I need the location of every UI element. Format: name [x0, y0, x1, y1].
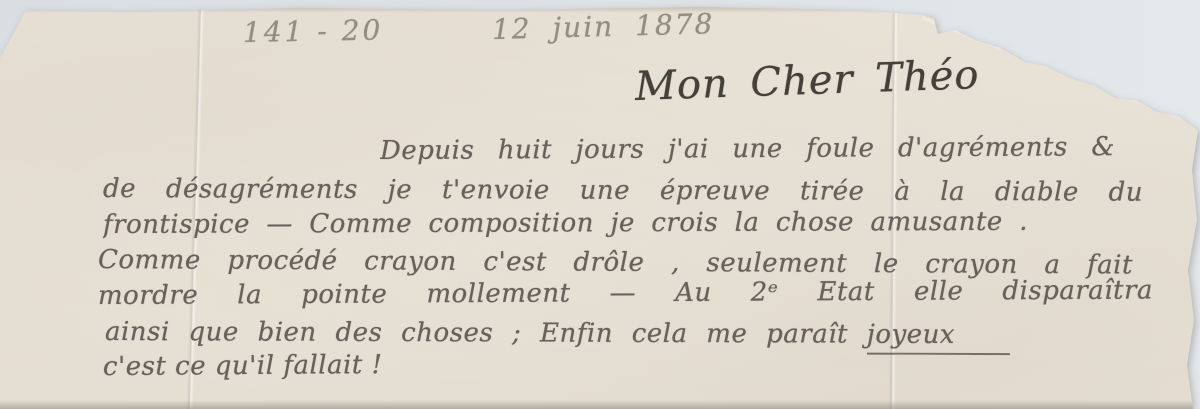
letter-line-6: ainsi que bien des choses ; Enfin cela m… [105, 318, 1010, 355]
paper-top-edge [0, 6, 935, 13]
salutation: Mon Cher Théo [634, 52, 980, 110]
catalog-number: 141 - 20 [243, 14, 384, 49]
letter-date: 12 juin 1878 [492, 7, 715, 46]
letter-line-1: Depuis huit jours j'ai une foule d'agrém… [380, 133, 1115, 171]
letter-line-5: mordre la pointe mollement — Au 2ᵉ Etat … [98, 276, 1153, 316]
paper-shadow: 141 - 20 12 juin 1878 Mon Cher Théo Depu… [0, 0, 1200, 409]
letter-paper: 141 - 20 12 juin 1878 Mon Cher Théo Depu… [0, 0, 1200, 409]
letter-scan: 141 - 20 12 juin 1878 Mon Cher Théo Depu… [0, 0, 1200, 409]
letter-line-7: c'est ce qu'il fallait ! [103, 351, 383, 387]
underlined-word: joyeux [867, 320, 1010, 355]
letter-line-3: frontispice — Comme composition je crois… [103, 208, 1028, 245]
letter-line-6-text: ainsi que bien des choses ; Enfin cela m… [105, 318, 867, 350]
paper-bottom-edge [0, 400, 1200, 409]
